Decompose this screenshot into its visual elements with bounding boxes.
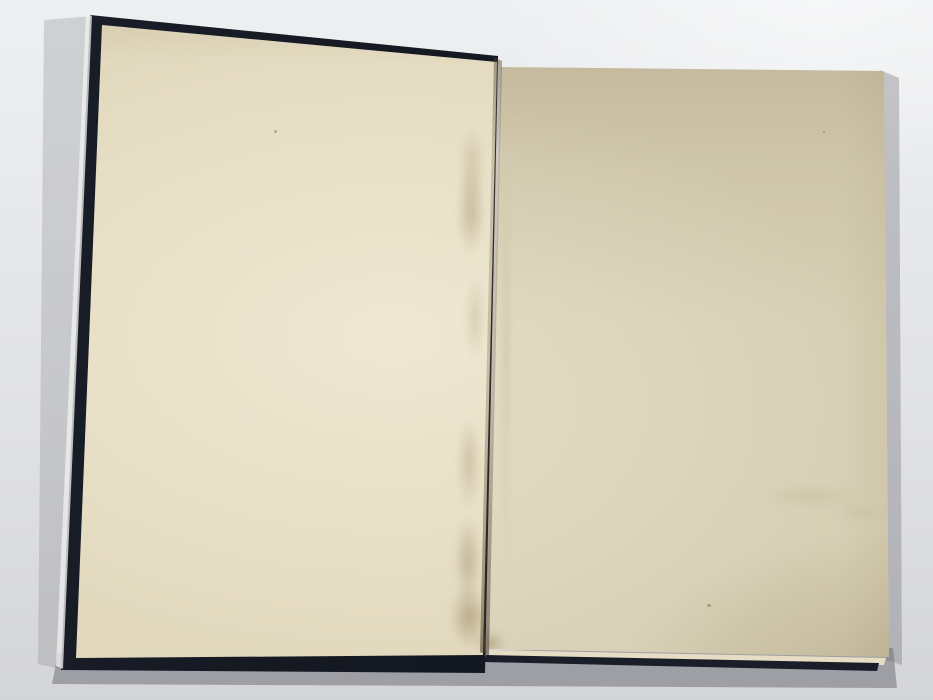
paper-speck (707, 604, 711, 607)
foxing-stain (499, 90, 513, 635)
paper-speck (274, 130, 277, 133)
foxing-stain (459, 255, 491, 380)
gutter-stains (0, 0, 933, 700)
faint-smudge (828, 502, 893, 522)
photo-open-book (0, 0, 933, 700)
paper-speck (823, 131, 825, 133)
